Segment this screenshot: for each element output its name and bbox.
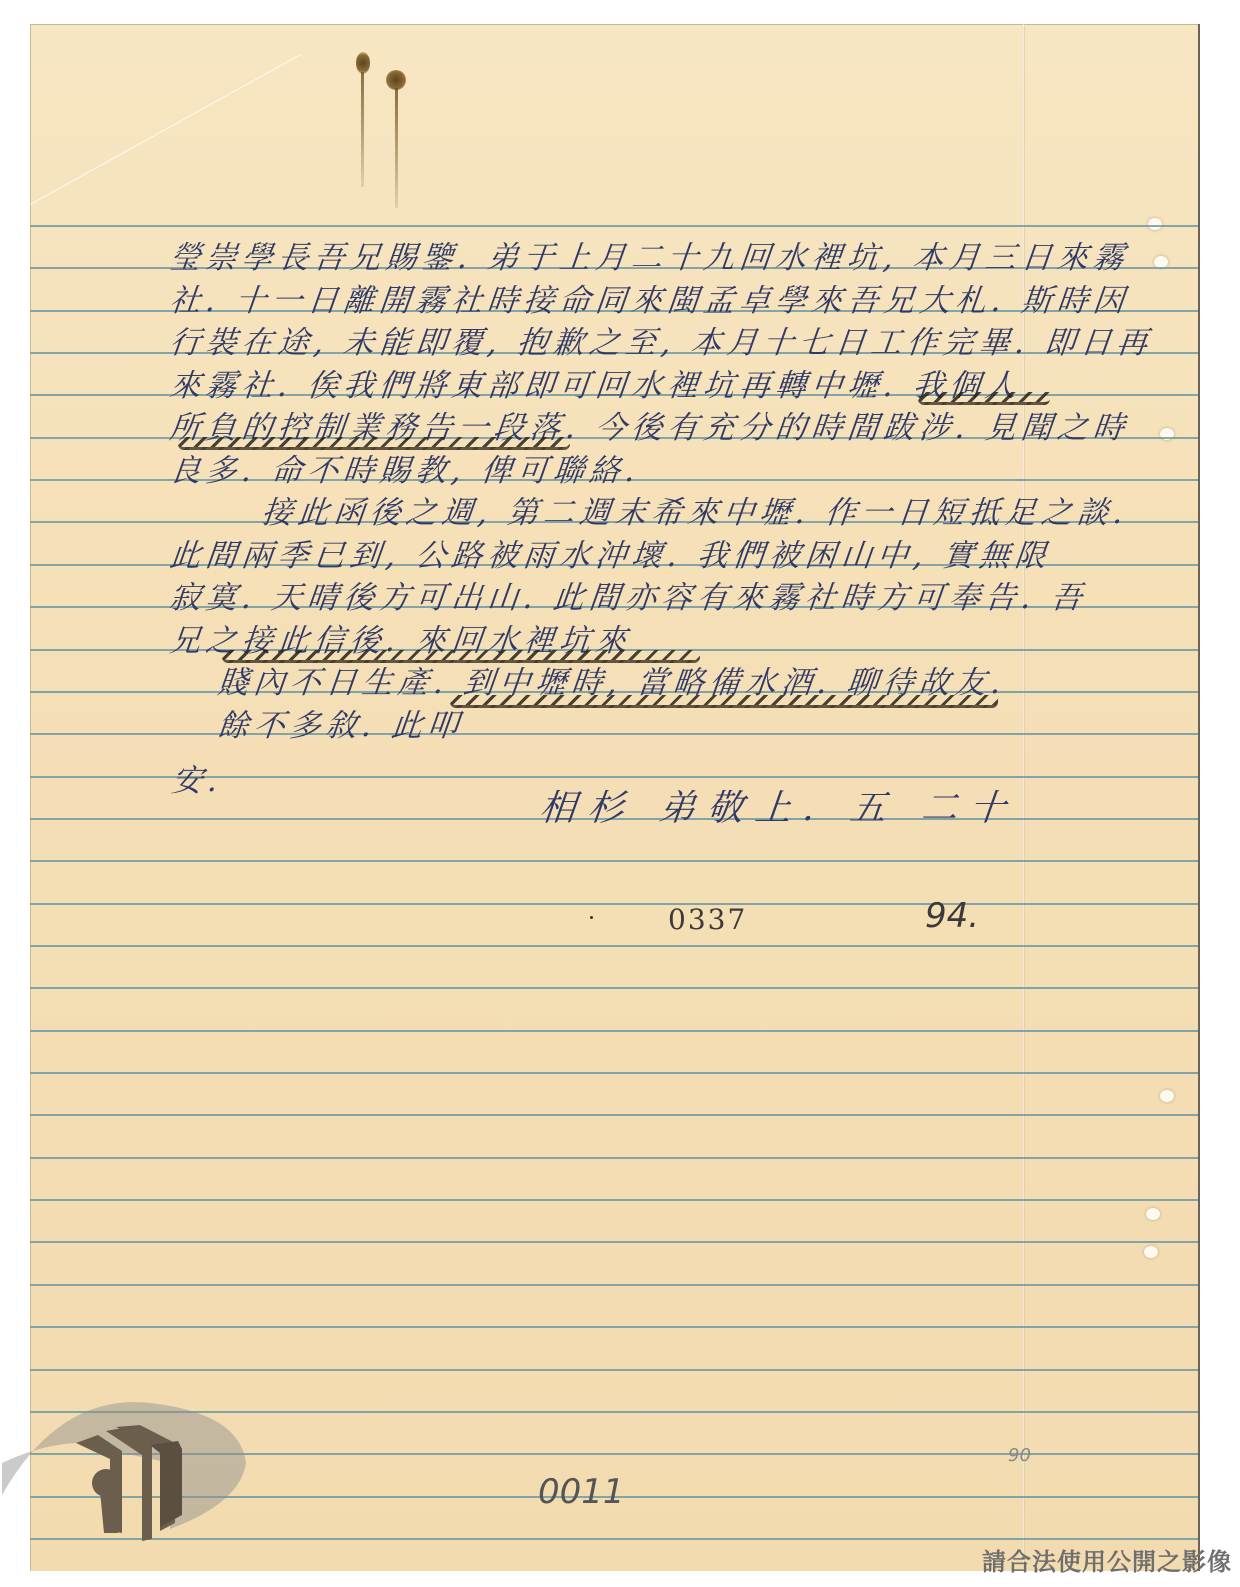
pencil-bottom-number: 0011 [538,1472,625,1512]
rust-trail [361,72,364,187]
signature: 相杉 弟敬上. 五 二十 [537,780,1020,831]
stamped-number: 0337 [668,903,747,936]
pencil-page-mark: 90 [1008,1445,1031,1466]
archive-book-keyhole-icon [0,1383,260,1543]
rust-trail [395,88,398,208]
underline-mark [178,437,570,450]
diagonal-fold-crease [30,54,302,205]
handwritten-folio: 94. [925,896,979,936]
ruled-line [30,1072,1198,1074]
ruled-line [30,1030,1198,1032]
letter-line: 行裝在途, 未能即覆, 抱歉之至, 本月十七日工作完畢. 即日再 [168,317,1156,362]
ruled-line [30,1157,1198,1159]
letter-line: 寂寞. 天晴後方可出山. 此間亦容有來霧社時方可奉告. 吾 [168,572,1090,617]
ruled-line [30,225,1198,227]
punch-hole [1146,1208,1160,1220]
letter-line: 此間兩季已到, 公路被雨水沖壞. 我們被困山中, 實無限 [168,530,1054,575]
underline-mark [918,392,1050,405]
ruled-line [30,860,1198,862]
staple-hole-icon [386,70,406,90]
ruled-line [30,1369,1198,1371]
letter-line: 社. 十一日離開霧社時接命同來閩孟卓學來吾兄大札. 斯時因 [168,275,1132,320]
ruled-line [30,1241,1198,1243]
punch-hole [1154,256,1168,268]
punch-hole [1144,1246,1158,1258]
underline-mark [222,650,700,663]
punch-hole [1160,1090,1174,1102]
letter-line: 瑩崇學長吾兄賜鑒. 弟于上月二十九回水裡坑, 本月三日來霧 [168,232,1132,277]
letter-line: 良多. 命不時賜教, 俾可聯絡. [168,445,643,490]
ruled-line [30,1284,1198,1286]
usage-notice: 請合法使用公開之影像 [982,1542,1232,1577]
ruled-line [30,1199,1198,1201]
ruled-line [30,903,1198,905]
ruled-line [30,733,1198,735]
letter-line: 餘不多敘. 此叩 [216,700,466,745]
letter-closing: 安. [170,755,226,800]
ruled-line [30,1114,1198,1116]
ruled-line [30,987,1198,989]
ruled-line [30,945,1198,947]
letter-line: 接此函後之週, 第二週末希來中壢. 作一日短抵足之談. [260,487,1131,532]
underline-mark [450,695,998,708]
rust-stain-icon [356,52,370,74]
stamp-dot [590,916,593,919]
punch-hole [1148,218,1162,230]
ruled-line [30,1326,1198,1328]
letter-line: 來霧社. 俟我們將東部即可回水裡坑再轉中壢. 我個人 [168,360,1024,405]
